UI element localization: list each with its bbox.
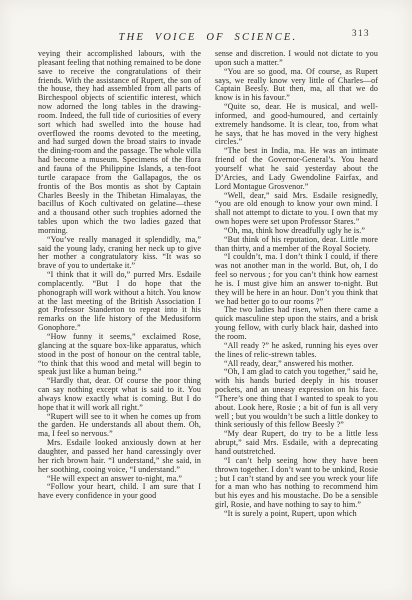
paragraph: “You’ve really managed it splendidly, ma… — [38, 236, 201, 271]
right-column: sense and discretion. I would not dictat… — [215, 50, 378, 574]
paragraph: “I couldn’t, ma. I don’t think I could, … — [215, 253, 378, 306]
paragraph: “Follow your heart, child. I am sure tha… — [38, 483, 201, 501]
paragraph: “Rupert will see to it when he comes up … — [38, 413, 201, 440]
paragraph: “I think that it will do,” purred Mrs. E… — [38, 271, 201, 333]
running-header: THE VOICE OF SCIENCE. 313 — [38, 27, 378, 41]
text-columns: veying their accomplished labours, with … — [38, 50, 378, 574]
paragraph: “Hardly that, dear. Of course the poor t… — [38, 377, 201, 412]
paragraph: sense and discretion. I would not dictat… — [215, 50, 378, 68]
paragraph: veying their accomplished labours, with … — [38, 50, 201, 236]
paragraph: “How funny it seems,” exclaimed Rose, gl… — [38, 333, 201, 377]
paragraph: “It is surely a point, Rupert, upon whic… — [215, 510, 378, 519]
paragraph: “Quite so, dear. He is musical, and well… — [215, 103, 378, 147]
paragraph: “All ready ?” he asked, running his eyes… — [215, 342, 378, 360]
left-column: veying their accomplished labours, with … — [38, 50, 201, 574]
paragraph: “Well, dear,” said Mrs. Esdaile resigned… — [215, 192, 378, 227]
page-number: 313 — [352, 28, 370, 38]
paragraph: “I can’t help seeing how they have been … — [215, 457, 378, 510]
paragraph: “My dear Rupert, do try to be a little l… — [215, 430, 378, 457]
paragraph: “You are so good, ma. Of course, as Rupe… — [215, 68, 378, 103]
paragraph: “But think of his reputation, dear. Litt… — [215, 236, 378, 254]
book-page: THE VOICE OF SCIENCE. 313 veying their a… — [0, 0, 412, 600]
paragraph: “The best in India, ma. He was an intima… — [215, 147, 378, 191]
paragraph: “Oh, I am glad to catch you together,” s… — [215, 368, 378, 430]
page-title: THE VOICE OF SCIENCE. — [119, 32, 298, 43]
paragraph: The two ladies had risen, when there cam… — [215, 306, 378, 341]
paragraph: Mrs. Esdaile looked anxiously down at he… — [38, 439, 201, 474]
